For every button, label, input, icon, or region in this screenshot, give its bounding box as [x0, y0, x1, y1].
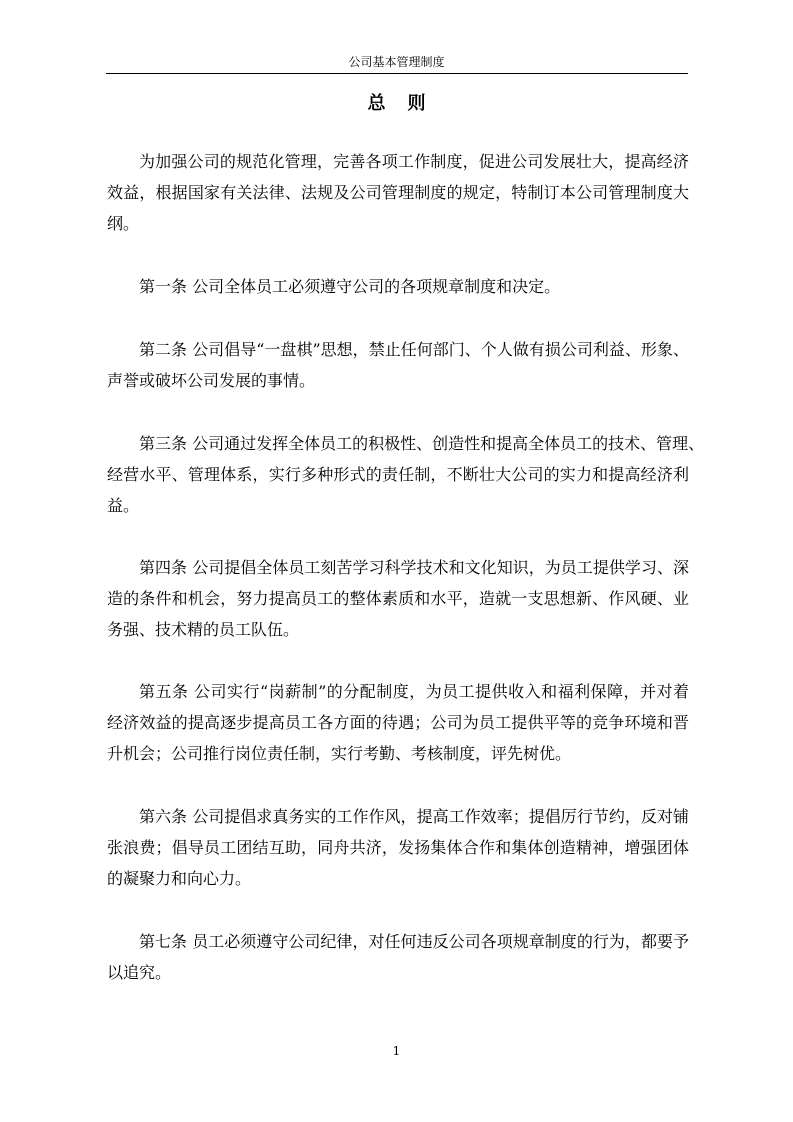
paragraph-line: 升机会；公司推行岗位责任制，实行考勤、考核制度，评先树优。: [107, 744, 689, 764]
paragraph-line: 经济效益的提高逐步提高员工各方面的待遇；公司为员工提供平等的竞争环境和晋: [107, 713, 689, 733]
page-number: 1: [0, 1043, 793, 1059]
paragraph-line: 以追究。: [107, 963, 689, 983]
running-header-title: 公司基本管理制度: [0, 54, 793, 70]
paragraph-line: 第六条 公司提倡求真务实的工作作风，提高工作效率；提倡厉行节约，反对铺: [139, 807, 689, 827]
paragraph-line: 第七条 员工必须遵守公司纪律，对任何违反公司各项规章制度的行为，都要予: [139, 932, 689, 952]
paragraph-line: 益。: [107, 496, 689, 516]
paragraph-line: 务强、技术精的员工队伍。: [107, 620, 689, 640]
paragraph-line: 造的条件和机会，努力提高员工的整体素质和水平，造就一支思想新、作风硬、业: [107, 589, 689, 609]
paragraph-line: 声誉或破坏公司发展的事情。: [107, 371, 689, 391]
paragraph-line: 经营水平、管理体系，实行多种形式的责任制，不断壮大公司的实力和提高经济利: [107, 465, 689, 485]
paragraph-line: 第一条 公司全体员工必须遵守公司的各项规章制度和决定。: [139, 277, 689, 297]
paragraph-line: 为加强公司的规范化管理，完善各项工作制度，促进公司发展壮大，提高经济: [139, 152, 689, 172]
paragraph-line: 第五条 公司实行“岗薪制”的分配制度，为员工提供收入和福利保障，并对着: [139, 682, 689, 702]
paragraph-line: 第二条 公司倡导“一盘棋”思想，禁止任何部门、个人做有损公司利益、形象、: [139, 340, 689, 360]
paragraph-line: 第四条 公司提倡全体员工刻苦学习科学技术和文化知识，为员工提供学习、深: [139, 558, 689, 578]
paragraph-line: 的凝聚力和向心力。: [107, 869, 689, 889]
paragraph-line: 第三条 公司通过发挥全体员工的积极性、创造性和提高全体员工的技术、管理、: [139, 434, 689, 454]
header-divider: [106, 73, 688, 74]
section-title-char-2: 则: [408, 93, 426, 115]
section-title-char-1: 总: [368, 93, 386, 115]
paragraph-line: 效益，根据国家有关法律、法规及公司管理制度的规定，特制订本公司管理制度大: [107, 183, 689, 203]
paragraph-line: 纲。: [107, 214, 689, 234]
section-title: 总则: [0, 93, 793, 115]
paragraph-line: 张浪费；倡导员工团结互助，同舟共济，发扬集体合作和集体创造精神，增强团体: [107, 838, 689, 858]
